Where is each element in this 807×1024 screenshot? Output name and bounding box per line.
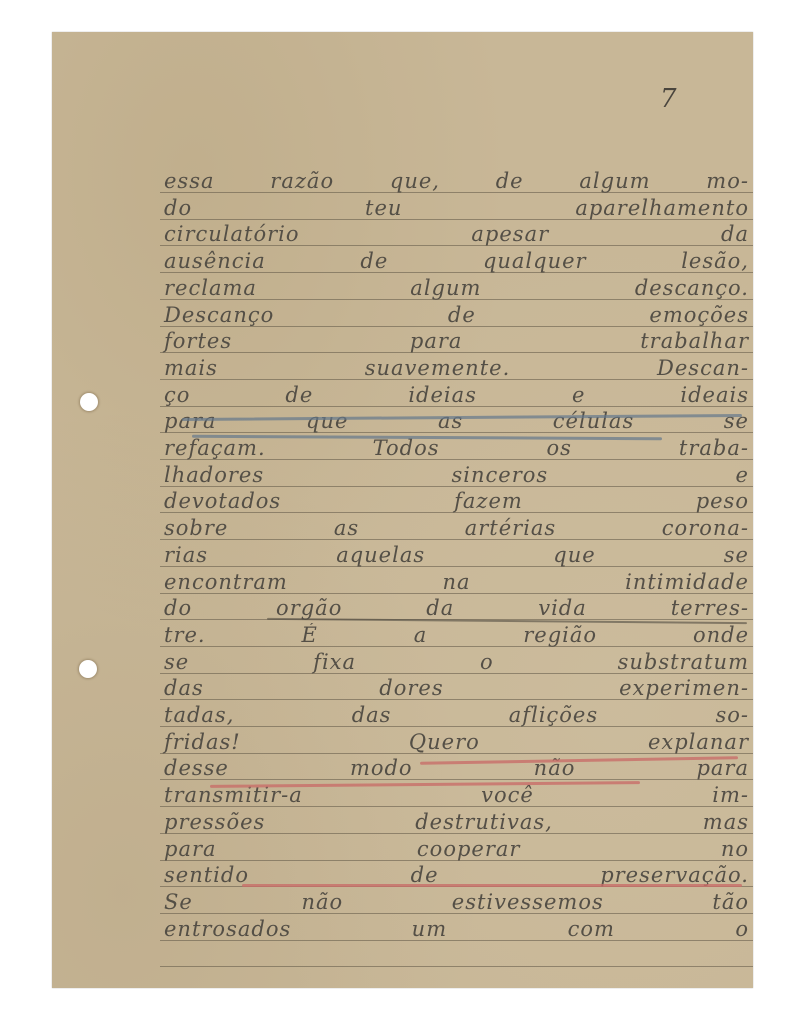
word: trabalhar [640, 328, 749, 355]
word: de [448, 302, 476, 329]
ruled-line [160, 966, 753, 967]
word: artérias [465, 515, 556, 542]
word: circulatório [164, 221, 300, 248]
word: suavemente. [365, 355, 511, 382]
text-line: sobreasartériascorona- [164, 515, 749, 542]
text-line: essarazãoque,dealgummo- [164, 168, 749, 195]
word: tre. [164, 622, 206, 649]
word: rias [164, 542, 208, 569]
word: sentido [164, 862, 249, 889]
word: aparelhamento [575, 195, 749, 222]
word: do [164, 195, 192, 222]
word: as [438, 408, 463, 435]
word: se [164, 649, 189, 676]
text-line: fridas!Queroexplanar [164, 729, 749, 756]
text-line: entrosadosumcomo [164, 916, 749, 943]
word: de [360, 248, 388, 275]
word: Descan- [657, 355, 749, 382]
word: onde [693, 622, 749, 649]
text-line: lhadoressincerose [164, 462, 749, 489]
word: o [735, 916, 749, 943]
text-line: dasdoresexperimen- [164, 675, 749, 702]
word: traba- [679, 435, 749, 462]
word: no [721, 836, 749, 863]
word: devotados [164, 488, 281, 515]
word: das [352, 702, 392, 729]
word: células [553, 408, 634, 435]
word: que, [390, 168, 440, 195]
word: corona- [662, 515, 749, 542]
word: o [480, 649, 494, 676]
word: emoções [649, 302, 749, 329]
text-line: paraqueascélulasse [164, 408, 749, 435]
word: para [164, 836, 217, 863]
word: entrosados [164, 916, 291, 943]
text-line: Descançodeemoções [164, 302, 749, 329]
text-line: fortesparatrabalhar [164, 328, 749, 355]
word: destrutivas, [415, 809, 553, 836]
word: encontram [164, 569, 288, 596]
word: descanço. [635, 275, 749, 302]
word: do [164, 595, 192, 622]
word: fixa [313, 649, 356, 676]
word: mo- [706, 168, 749, 195]
notebook-page: 7 essarazãoque,dealgummo-doteuaparelhame… [52, 32, 753, 988]
word: um [412, 916, 447, 943]
word: na [442, 569, 470, 596]
word: a [414, 622, 428, 649]
word: das [164, 675, 204, 702]
word: dores [379, 675, 443, 702]
word: e [736, 462, 749, 489]
word: e [572, 382, 585, 409]
text-line: paracooperarno [164, 836, 749, 863]
red-underline-3 [242, 884, 742, 887]
word: fridas! [164, 729, 241, 756]
word: de [496, 168, 524, 195]
word: experimen- [619, 675, 749, 702]
word: lesão, [681, 248, 749, 275]
text-line: doteuaparelhamento [164, 195, 749, 222]
text-line: devotadosfazempeso [164, 488, 749, 515]
word: estivessemos [452, 889, 604, 916]
word: modo [350, 755, 413, 782]
text-line: tre.Éaregiãoonde [164, 622, 749, 649]
text-line: maissuavemente.Descan- [164, 355, 749, 382]
word: região [523, 622, 597, 649]
word: algum [579, 168, 650, 195]
text-line: çodeideiaseideais [164, 382, 749, 409]
text-line: circulatórioapesarda [164, 221, 749, 248]
word: desse [164, 755, 229, 782]
word: tadas, [164, 702, 234, 729]
word: intimidade [625, 569, 749, 596]
word: lhadores [164, 462, 264, 489]
word: so- [715, 702, 749, 729]
word: se [724, 542, 749, 569]
text-line: tadas,dasafliçõesso- [164, 702, 749, 729]
word: sobre [164, 515, 228, 542]
word: ideias [408, 382, 477, 409]
word: mais [164, 355, 218, 382]
word: qualquer [483, 248, 587, 275]
word: sinceros [451, 462, 548, 489]
word: peso [696, 488, 749, 515]
word: que [553, 542, 595, 569]
word: se [724, 408, 749, 435]
punch-hole-bottom [79, 660, 97, 678]
word: essa [164, 168, 215, 195]
text-line: sefixaosubstratum [164, 649, 749, 676]
word: reclama [164, 275, 257, 302]
word: para [410, 328, 463, 355]
word: Descanço [164, 302, 274, 329]
word: Se [164, 889, 193, 916]
word: tão [712, 889, 749, 916]
word: vida [538, 595, 587, 622]
word: É [302, 622, 318, 649]
word: ideais [680, 382, 749, 409]
word: que [306, 408, 348, 435]
word: fazem [454, 488, 523, 515]
text-line: riasaquelasquese [164, 542, 749, 569]
word: fortes [164, 328, 232, 355]
page-number: 7 [660, 84, 677, 114]
word: de [285, 382, 313, 409]
word: mas [703, 809, 749, 836]
word: você [481, 782, 534, 809]
word: aquelas [336, 542, 425, 569]
word: não [301, 889, 343, 916]
word: Todos [373, 435, 440, 462]
text-line: doorgãodavidaterres- [164, 595, 749, 622]
word: explanar [648, 729, 749, 756]
text-line: reclamaalgumdescanço. [164, 275, 749, 302]
word: para [164, 408, 217, 435]
word: pressões [164, 809, 265, 836]
word: as [334, 515, 359, 542]
punch-hole-top [80, 393, 98, 411]
word: cooperar [417, 836, 521, 863]
word: aflições [509, 702, 598, 729]
word: Quero [409, 729, 480, 756]
word: da [426, 595, 454, 622]
word: ausência [164, 248, 266, 275]
word: razão [270, 168, 334, 195]
text-line: ausênciadequalquerlesão, [164, 248, 749, 275]
text-line: Senãoestivessemostão [164, 889, 749, 916]
word: ço [164, 382, 190, 409]
text-line: encontramnaintimidade [164, 569, 749, 596]
word: refaçam. [164, 435, 266, 462]
word: substratum [618, 649, 749, 676]
word: teu [365, 195, 402, 222]
word: im- [712, 782, 749, 809]
text-line: pressõesdestrutivas,mas [164, 809, 749, 836]
word: algum [410, 275, 481, 302]
word: apesar [471, 221, 549, 248]
word: da [721, 221, 749, 248]
word: com [568, 916, 615, 943]
word: terres- [671, 595, 749, 622]
